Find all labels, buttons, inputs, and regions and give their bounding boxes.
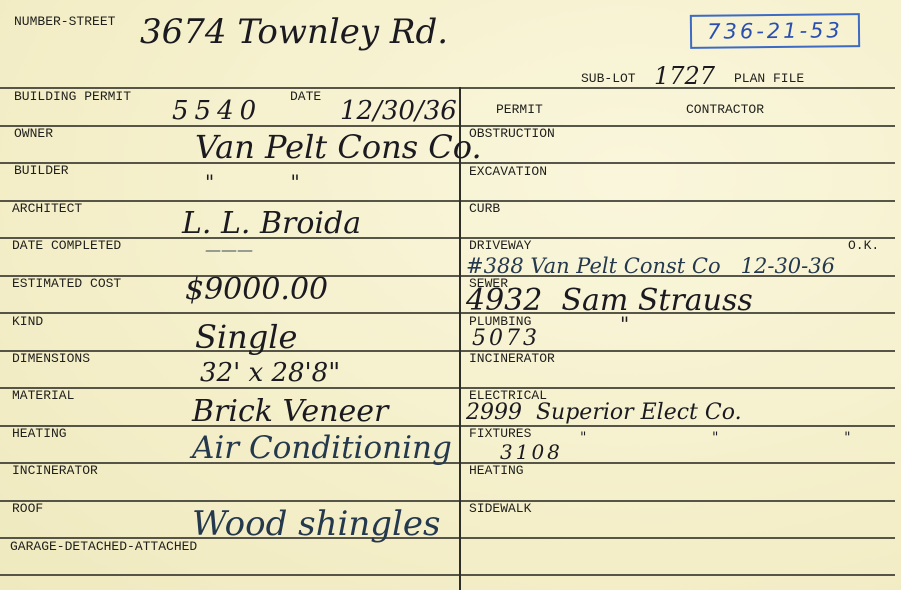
builder-value: " ": [205, 170, 300, 194]
date-value: 12/30/36: [340, 96, 457, 126]
owner-value: Van Pelt Cons Co.: [195, 128, 482, 166]
driveway-value: #388 Van Pelt Const Co 12-30-36: [466, 254, 835, 278]
rule-line: [0, 425, 895, 427]
fixtures-contractor: " " ": [580, 430, 861, 446]
sidewalk-label: SIDEWALK: [469, 501, 531, 516]
obstruction-label: OBSTRUCTION: [469, 126, 555, 141]
file-number-stamp: 736-21-53: [690, 13, 860, 49]
rule-line: [0, 387, 895, 389]
rule-line: [0, 350, 895, 352]
sub-lot-label: SUB-LOT: [581, 71, 636, 86]
number-street-label: NUMBER-STREET: [14, 14, 115, 29]
electrical-value: 2999 Superior Elect Co.: [466, 400, 742, 425]
fixtures-value: 3108: [500, 440, 563, 464]
rule-line: [0, 574, 895, 576]
garage-label: GARAGE-DETACHED-ATTACHED: [10, 539, 197, 554]
owner-label: OWNER: [14, 126, 53, 141]
number-street-value: 3674 Townley Rd.: [140, 12, 448, 52]
plumbing-contractor: " ": [620, 312, 901, 336]
sub-lot-value: 1727: [654, 62, 715, 90]
rule-line: [0, 500, 895, 502]
plumbing-value: 5073: [472, 326, 540, 351]
builder-label: BUILDER: [14, 163, 69, 178]
roof-label: ROOF: [12, 501, 43, 516]
date-completed-value: ———: [205, 240, 253, 259]
date-completed-label: DATE COMPLETED: [12, 238, 121, 253]
kind-label: KIND: [12, 314, 43, 329]
material-value: Brick Veneer: [192, 394, 388, 429]
contractor-header: CONTRACTOR: [686, 102, 764, 117]
dimensions-value: 32' x 28'8": [200, 358, 340, 388]
driveway-label: DRIVEWAY: [469, 238, 531, 253]
rule-line: [0, 237, 895, 239]
permit-header: PERMIT: [496, 102, 543, 117]
heating-right-label: HEATING: [469, 463, 524, 478]
incinerator-label: INCINERATOR: [12, 463, 98, 478]
kind-value: Single: [195, 318, 297, 356]
architect-value: L. L. Broida: [182, 206, 361, 241]
estimated-cost-label: ESTIMATED COST: [12, 276, 121, 291]
fixtures-label: FIXTURES: [469, 426, 531, 441]
rule-line: [0, 87, 895, 89]
material-label: MATERIAL: [12, 388, 74, 403]
building-permit-value: 5540: [172, 96, 262, 126]
architect-label: ARCHITECT: [12, 201, 82, 216]
heating-value: Air Conditioning: [192, 430, 452, 466]
driveway-status: O.K.: [848, 238, 879, 253]
building-permit-label: BUILDING PERMIT: [14, 89, 131, 104]
curb-label: CURB: [469, 201, 500, 216]
excavation-label: EXCAVATION: [469, 164, 547, 179]
rule-line: [0, 200, 895, 202]
roof-value: Wood shingles: [192, 504, 440, 544]
heating-label: HEATING: [12, 426, 67, 441]
incinerator-right-label: INCINERATOR: [469, 351, 555, 366]
plan-file-label: PLAN FILE: [734, 71, 804, 86]
permit-card: 736-21-53 NUMBER-STREET 3674 Townley Rd.…: [0, 0, 901, 590]
estimated-cost-value: $9000.00: [185, 272, 328, 307]
dimensions-label: DIMENSIONS: [12, 351, 90, 366]
date-label: DATE: [290, 89, 321, 104]
